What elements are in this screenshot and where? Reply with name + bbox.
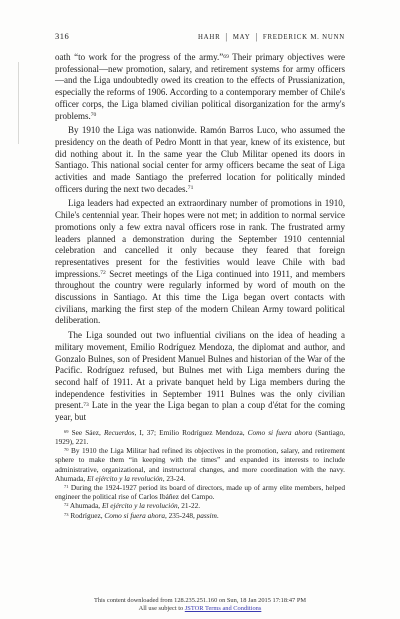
jstor-footer: This content downloaded from 128.235.251… xyxy=(0,597,400,613)
footnote: 70 By 1910 the Liga Militar had refined … xyxy=(55,446,345,483)
terms-prefix: All use subject to xyxy=(139,605,185,612)
footnote: 71 During the 1924-1927 period its board… xyxy=(55,483,345,501)
terms-line: All use subject to JSTOR Terms and Condi… xyxy=(0,605,400,613)
header-citation: HAHR|MAY|FREDERICK M. NUNN xyxy=(198,32,345,41)
body-paragraph: The Liga sounded out two influential civ… xyxy=(55,330,345,424)
download-notice: This content downloaded from 128.235.251… xyxy=(0,597,400,605)
body-paragraph: By 1910 the Liga was nationwide. Ramón B… xyxy=(55,125,345,195)
header-author: FREDERICK M. NUNN xyxy=(263,34,345,41)
footnotes: 69 See Sáez, Recuerdos, I, 37; Emilio Ro… xyxy=(55,428,345,520)
article-body: oath “to work for the progress of the ar… xyxy=(55,52,345,520)
scanned-page: 316 HAHR|MAY|FREDERICK M. NUNN oath “to … xyxy=(0,0,400,619)
running-header: 316 HAHR|MAY|FREDERICK M. NUNN xyxy=(55,31,345,41)
body-paragraph: oath “to work for the progress of the ar… xyxy=(55,52,345,122)
header-month: MAY xyxy=(233,34,251,41)
header-separator: | xyxy=(250,31,262,41)
body-paragraph: Liga leaders had expected an extraordina… xyxy=(55,198,345,327)
footnote: 72 Ahumada, El ejército y la revolución,… xyxy=(55,501,345,510)
header-separator: | xyxy=(220,31,232,41)
terms-link[interactable]: JSTOR Terms and Conditions xyxy=(185,605,262,612)
footnote: 73 Rodríguez, Como si fuera ahora, 235-2… xyxy=(55,511,345,520)
scan-artifact xyxy=(18,62,19,144)
journal-abbrev: HAHR xyxy=(198,34,220,41)
page-number: 316 xyxy=(55,31,69,41)
footnote: 69 See Sáez, Recuerdos, I, 37; Emilio Ro… xyxy=(55,428,345,446)
